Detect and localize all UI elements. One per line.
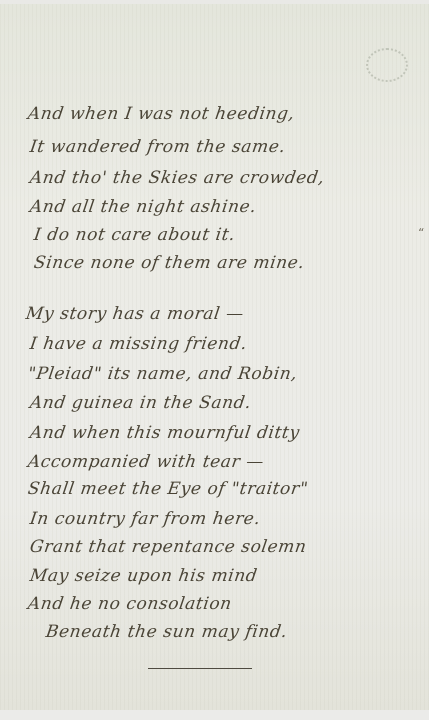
margin-mark: “ [418,226,424,240]
stanza-1-line-2: It wandered from the same. [29,137,287,157]
stanza-2-line-7: Shall meet the Eye of "traitor" [27,479,310,499]
stanza-2-line-6: Accompanied with tear — [27,452,266,472]
stanza-1-line-3: And tho' the Skies are crowded, [29,168,326,188]
stanza-2-line-11: And he no consolation [27,594,234,614]
stanza-2-line-12: Beneath the sun may find. [45,622,289,642]
stanza-2-line-5: And when this mournful ditty [29,423,301,443]
stanza-1-line-1: And when I was not heeding, [27,104,296,124]
paper-stain [366,48,408,82]
stanza-2-line-10: May seize upon his mind [29,566,259,586]
stanza-2-line-1: My story has a moral — [25,304,246,324]
closing-rule [148,668,252,669]
stanza-2-line-9: Grant that repentance solemn [29,537,308,557]
page-border [0,710,429,720]
stanza-2-line-8: In country far from here. [29,509,262,529]
stanza-2-line-2: I have a missing friend. [29,334,249,354]
stanza-2-line-3: "Pleiad" its name, and Robin, [27,364,299,384]
stanza-1-line-4: And all the night ashine. [29,197,258,217]
stanza-2-line-4: And guinea in the Sand. [29,393,253,413]
stanza-1-line-5: I do not care about it. [33,225,237,245]
stanza-1-line-6: Since none of them are mine. [33,253,306,273]
manuscript-page: And when I was not heeding, It wandered … [0,4,429,710]
